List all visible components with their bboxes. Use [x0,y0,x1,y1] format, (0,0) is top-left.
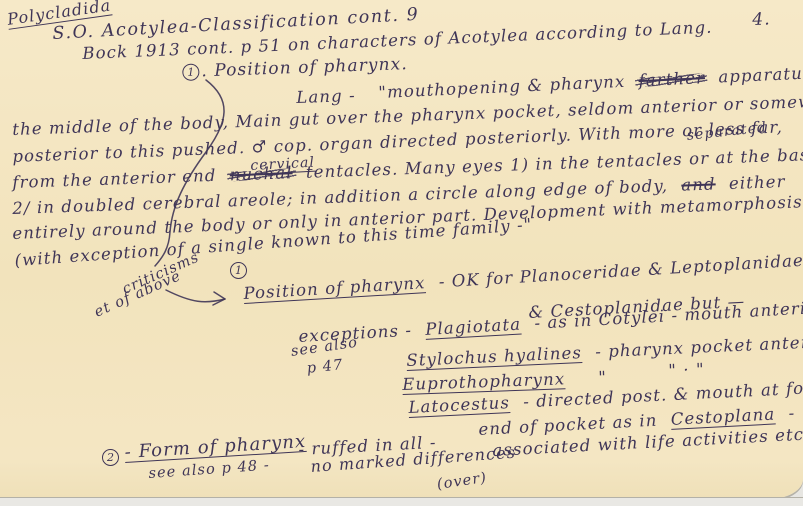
criticism-heading: Position of pharynx [243,273,426,303]
margin-see-also-page: p 47 [306,357,344,378]
arrow-icon [166,290,225,302]
struck-word: farther [638,68,705,90]
circled-number-icon: 1 [182,63,200,81]
taxon-latocestus: Latocestus [408,393,510,417]
section1-heading: 1. Position of pharynx. [182,54,408,82]
criticism-verdict: - OK for Planoceridae & Leptoplanidae [438,251,803,292]
ditto-mark: " · " [668,360,705,381]
quote-line-1b: apparatus in [718,62,803,86]
section2-see-also: see also p 48 - [148,458,271,484]
quote-line-4a: from the anterior end [12,166,217,192]
exception2-note: - pharynx pocket anterior [595,331,803,361]
struck-word: and [681,174,716,194]
section2-heading: - Form of pharynx [124,431,307,463]
criticism-item-number: 1 [230,260,247,280]
taxon-stylochus: Stylochus hyalines [406,343,582,370]
inserted-word-cervical: cervical [250,155,315,175]
arrow-head-icon [213,292,225,305]
scan-background-strip [0,497,803,506]
section2-heading-line: - Form of pharynx [124,431,307,464]
taxon-cestoplana: Cestoplana [670,404,775,428]
section1-heading-text: . Position of pharynx. [201,54,408,81]
page-number: 4. [752,9,771,30]
quote-line-5b: either [729,172,786,193]
circled-number-icon: 1 [230,262,247,279]
over-note: (over) [436,470,488,494]
index-card: Polycladida S.O. Acotylea-Classification… [0,0,803,499]
taxon-plagiotata: Plagiotata [425,315,522,339]
quote-line-1a: "mouthopening & pharynx [378,72,626,102]
exception4-cont-b: - [788,403,796,422]
section2-number: 2 [102,447,119,467]
ditto-mark: " [598,368,607,388]
circled-number-icon: 2 [102,449,119,466]
attribution: Lang - [296,86,356,108]
